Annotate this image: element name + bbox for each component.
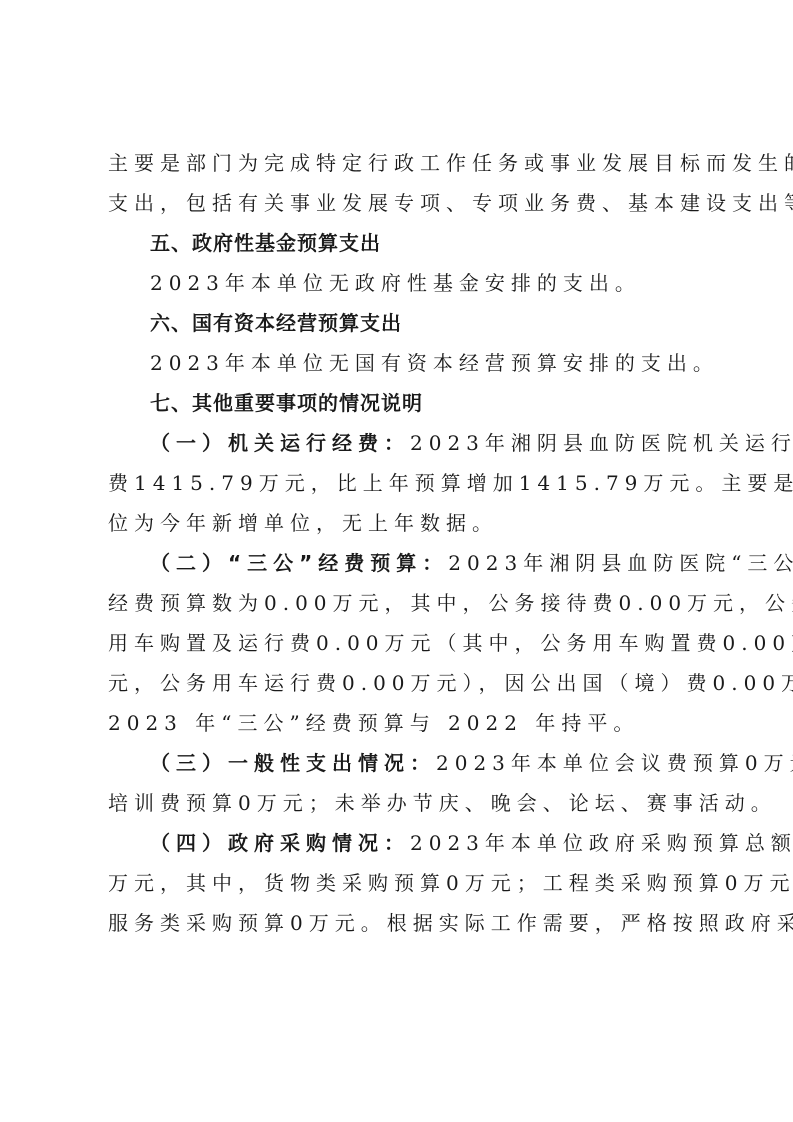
section-5-body: 2023年本单位无政府性基金安排的支出。	[108, 263, 688, 303]
document-page: 主要是部门为完成特定行政工作任务或事业发展目标而发生的 支出，包括有关事业发展专…	[108, 143, 688, 943]
paragraph-line: 服务类采购预算0万元。根据实际工作需要，严格按照政府采	[108, 903, 688, 943]
item-2-text: 2023年湘阴县血防医院“三公”	[448, 551, 793, 575]
item-3-first-line: （三）一般性支出情况：2023年本单位会议费预算0万元；	[108, 743, 688, 783]
paragraph-line: 主要是部门为完成特定行政工作任务或事业发展目标而发生的	[108, 143, 688, 183]
paragraph-line: 位为今年新增单位，无上年数据。	[108, 503, 688, 543]
paragraph-line: 支出，包括有关事业发展专项、专项业务费、基本建设支出等。	[108, 183, 688, 223]
item-1-text: 2023年湘阴县血防医院机关运行经	[410, 431, 793, 455]
item-2-first-line: （二）“三公”经费预算：2023年湘阴县血防医院“三公”	[108, 543, 688, 583]
paragraph-line: 经费预算数为0.00万元，其中，公务接待费0.00万元，公务	[108, 583, 688, 623]
paragraph-line: 用车购置及运行费0.00万元（其中，公务用车购置费0.00万	[108, 623, 688, 663]
item-3-text: 2023年本单位会议费预算0万元；	[436, 751, 793, 775]
item-1-first-line: （一）机关运行经费：2023年湘阴县血防医院机关运行经	[108, 423, 688, 463]
paragraph-line: 万元，其中，货物类采购预算0万元；工程类采购预算0万元；	[108, 863, 688, 903]
item-4-lead: （四）政府采购情况：	[150, 831, 410, 855]
item-1-lead: （一）机关运行经费：	[150, 431, 410, 455]
paragraph-line: 培训费预算0万元；未举办节庆、晚会、论坛、赛事活动。	[108, 783, 688, 823]
section-6-body: 2023年本单位无国有资本经营预算安排的支出。	[108, 343, 688, 383]
item-3-lead: （三）一般性支出情况：	[150, 751, 436, 775]
section-heading-6: 六、国有资本经营预算支出	[108, 303, 688, 343]
section-heading-7: 七、其他重要事项的情况说明	[108, 383, 688, 423]
paragraph-line: 元，公务用车运行费0.00万元），因公出国（境）费0.00万元。	[108, 663, 688, 703]
paragraph-line: 费1415.79万元，比上年预算增加1415.79万元。主要是本单	[108, 463, 688, 503]
item-2-lead: （二）“三公”经费预算：	[150, 551, 448, 575]
item-4-text: 2023年本单位政府采购预算总额0	[410, 831, 793, 855]
item-4-first-line: （四）政府采购情况：2023年本单位政府采购预算总额0	[108, 823, 688, 863]
section-heading-5: 五、政府性基金预算支出	[108, 223, 688, 263]
paragraph-line: 2023 年“三公”经费预算与 2022 年持平。	[108, 703, 688, 743]
